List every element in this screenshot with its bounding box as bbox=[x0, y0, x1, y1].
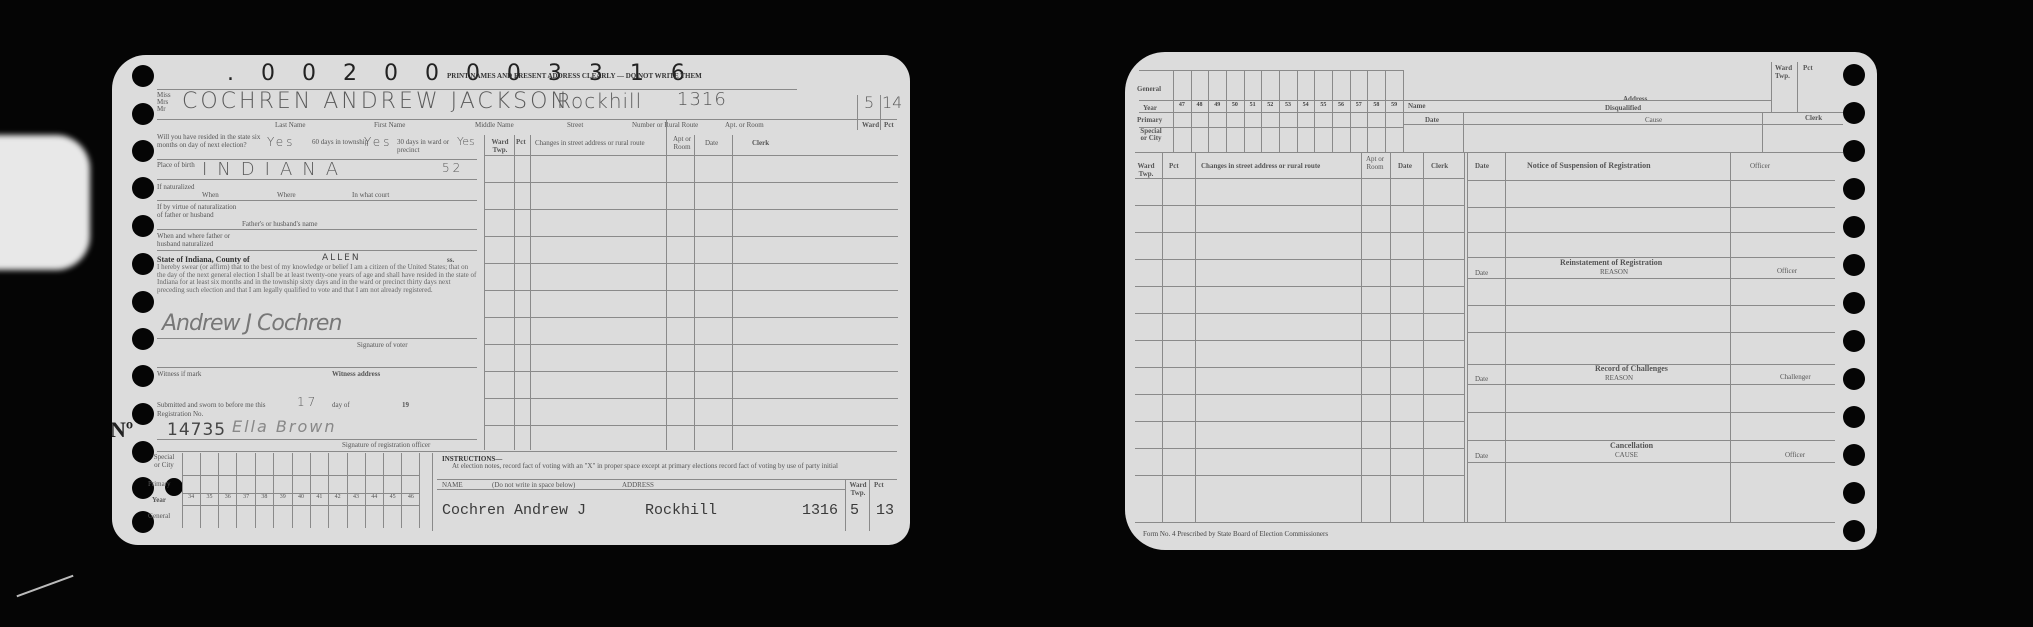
age-value: 52 bbox=[442, 161, 463, 175]
apt-label: Apt. or Room bbox=[725, 121, 764, 129]
reinstatement-title: Reinstatement of Registration bbox=[1560, 259, 1662, 267]
punch-hole bbox=[132, 140, 154, 162]
punch-hole bbox=[132, 365, 154, 387]
pct-handwritten: 14 bbox=[882, 93, 902, 112]
col-pct: Pct bbox=[1169, 162, 1179, 170]
punch-hole bbox=[1843, 520, 1865, 542]
footer-address-label: ADDRESS bbox=[622, 481, 654, 489]
naturalized-label: If naturalized bbox=[157, 183, 195, 191]
cancellation-cause-label: CAUSE bbox=[1615, 451, 1638, 459]
virtue-label: If by virtue of naturalization of father… bbox=[157, 203, 237, 219]
cancellation-officer-label: Officer bbox=[1785, 451, 1805, 459]
challenges-reason-label: REASON bbox=[1605, 374, 1633, 382]
where-label: Where bbox=[277, 191, 296, 199]
registration-card-front: . 0 0 2 0 0 0 0 3 3 1 6 PRINT NAMES AND … bbox=[112, 55, 910, 545]
street-label: Street bbox=[567, 121, 583, 129]
number-handwritten: 1316 bbox=[677, 89, 727, 110]
witness-address-label: Witness address bbox=[332, 370, 380, 378]
col-ward-twp: Ward Twp. bbox=[488, 138, 512, 154]
grid-label-year: Year bbox=[1143, 104, 1157, 112]
form-note: Form No. 4 Prescribed by State Board of … bbox=[1143, 530, 1328, 538]
punch-hole bbox=[132, 253, 154, 275]
grid-label-general: General bbox=[148, 512, 170, 520]
voter-signature: Andrew J Cochren bbox=[162, 311, 341, 336]
punch-hole bbox=[1843, 178, 1865, 200]
address-label: Address bbox=[1623, 95, 1647, 103]
punch-hole bbox=[1843, 330, 1865, 352]
col-ward-twp: Ward Twp. bbox=[1135, 162, 1157, 178]
typed-ward: 5 bbox=[850, 502, 859, 519]
typed-number: 1316 bbox=[802, 502, 838, 519]
cancellation-date-label: Date bbox=[1475, 452, 1488, 460]
residency-question: Will you have resided in the state six m… bbox=[157, 133, 262, 149]
name-label: Name bbox=[1408, 102, 1426, 110]
court-label: In what court bbox=[352, 191, 389, 199]
punch-hole bbox=[1843, 292, 1865, 314]
punch-hole bbox=[1843, 482, 1865, 504]
punch-hole bbox=[1843, 406, 1865, 428]
col-clerk: Clerk bbox=[752, 139, 769, 147]
typed-pct: 13 bbox=[876, 502, 894, 519]
grid-label-year: Year bbox=[152, 496, 166, 504]
pct-label: Pct bbox=[884, 121, 894, 129]
punch-hole bbox=[132, 215, 154, 237]
suspension-date-label: Date bbox=[1475, 162, 1489, 170]
punch-hole bbox=[1843, 368, 1865, 390]
township-days-answer: Yes bbox=[364, 135, 392, 149]
registration-number: 14735 bbox=[167, 420, 226, 440]
ward-days-answer: Yes bbox=[457, 135, 475, 148]
ward-label: Ward bbox=[862, 121, 879, 129]
witness-label: Witness if mark bbox=[157, 370, 201, 378]
scanner-artifact bbox=[0, 135, 90, 270]
punch-hole bbox=[132, 103, 154, 125]
officer-signature-label: Signature of registration officer bbox=[342, 441, 430, 449]
father-name-label: Father's or husband's name bbox=[242, 220, 317, 228]
reinstatement-date-label: Date bbox=[1475, 269, 1488, 277]
col-date: Date bbox=[705, 139, 718, 147]
voting-grid-front: 34 35 36 37 38 39 40 41 42 43 44 45 46 bbox=[182, 453, 420, 528]
col-changes: Changes in street address or rural route bbox=[535, 139, 645, 147]
registration-card-back: General Year Primary Special or City 47 … bbox=[1125, 52, 1877, 550]
header-pct-label: Pct bbox=[1803, 64, 1813, 72]
signature-voter-label: Signature of voter bbox=[357, 341, 408, 349]
instructions-text: At election notes, record fact of voting… bbox=[452, 463, 872, 470]
when-where-label: When and where father or husband natural… bbox=[157, 232, 252, 248]
suspension-officer-label: Officer bbox=[1750, 162, 1770, 170]
submitted-day: 17 bbox=[297, 395, 318, 409]
residency-answer: Yes bbox=[267, 135, 295, 149]
punch-hole bbox=[132, 403, 154, 425]
reinstatement-officer-label: Officer bbox=[1777, 267, 1797, 275]
punch-hole bbox=[1843, 254, 1865, 276]
when-label: When bbox=[202, 191, 219, 199]
challenges-title: Record of Challenges bbox=[1595, 365, 1668, 373]
scan-streak bbox=[16, 575, 73, 597]
last-name-label: Last Name bbox=[275, 121, 306, 129]
punch-hole bbox=[1843, 444, 1865, 466]
footer-name-label: NAME bbox=[442, 481, 463, 489]
submitted-label: Submitted and sworn to before me this bbox=[157, 401, 265, 409]
middle-name-label: Middle Name bbox=[475, 121, 514, 129]
challenges-challenger-label: Challenger bbox=[1780, 373, 1811, 381]
footer-pct-label: Pct bbox=[874, 481, 884, 489]
first-name-label: First Name bbox=[374, 121, 405, 129]
punch-hole bbox=[1843, 140, 1865, 162]
col-pct: Pct bbox=[516, 138, 526, 146]
registration-no-label: Registration No. bbox=[157, 410, 203, 418]
col-changes: Changes in street address or rural route bbox=[1201, 162, 1320, 170]
grid-label-general: General bbox=[1137, 85, 1161, 93]
county-value: ALLEN bbox=[322, 253, 361, 263]
typed-street: Rockhill bbox=[645, 502, 717, 519]
oath-text: I hereby swear (or affirm) that to the b… bbox=[157, 264, 477, 294]
grid-label-special: Special or City bbox=[1139, 128, 1163, 142]
voter-name-handwritten: COCHREN ANDREW JACKSON bbox=[182, 89, 570, 114]
header-instruction: PRINT NAMES AND PRESENT ADDRESS CLEARLY … bbox=[447, 72, 702, 80]
disq-cause-label: Cause bbox=[1645, 116, 1662, 124]
grid-label-primary: Primary bbox=[148, 480, 171, 488]
number-symbol: Nº bbox=[112, 417, 133, 443]
ward-handwritten: 5 bbox=[864, 93, 877, 112]
disq-date-label: Date bbox=[1425, 116, 1439, 124]
col-clerk: Clerk bbox=[1431, 162, 1448, 170]
header-ward-label: Ward Twp. bbox=[1775, 64, 1795, 80]
voting-grid-back: 47 48 49 50 51 52 53 54 55 56 57 58 59 bbox=[1173, 70, 1403, 152]
day-of-label: day of bbox=[332, 401, 350, 409]
officer-signature: Ella Brown bbox=[232, 417, 336, 436]
birth-value: INDIANA bbox=[202, 159, 348, 180]
col-apt: Apt or Room bbox=[670, 135, 694, 151]
grid-label-special: Special or City bbox=[150, 453, 178, 469]
disq-clerk-label: Clerk bbox=[1805, 114, 1822, 122]
col-apt: Apt or Room bbox=[1363, 155, 1387, 171]
punch-hole bbox=[132, 65, 154, 87]
birth-label: Place of birth bbox=[157, 161, 197, 169]
title-prefix: MissMrsMr bbox=[157, 92, 171, 113]
footer-do-not-write: (Do not write in space below) bbox=[492, 481, 575, 489]
punch-hole bbox=[132, 328, 154, 350]
disqualified-label: Disqualified bbox=[1605, 104, 1641, 112]
street-handwritten: Rockhill bbox=[557, 89, 642, 113]
typed-name: Cochren Andrew J bbox=[442, 502, 586, 519]
suspension-title: Notice of Suspension of Registration bbox=[1527, 162, 1651, 170]
punch-hole bbox=[132, 177, 154, 199]
reinstatement-reason-label: REASON bbox=[1600, 268, 1628, 276]
punch-hole bbox=[1843, 64, 1865, 86]
col-date: Date bbox=[1398, 162, 1412, 170]
township-days-label: 60 days in township bbox=[312, 138, 372, 146]
grid-label-primary: Primary bbox=[1137, 116, 1162, 124]
punch-hole bbox=[132, 291, 154, 313]
punch-hole bbox=[1843, 216, 1865, 238]
challenges-date-label: Date bbox=[1475, 375, 1488, 383]
year-suffix: 19 bbox=[402, 401, 409, 409]
footer-ward-label: Ward Twp. bbox=[848, 481, 868, 497]
cancellation-title: Cancellation bbox=[1610, 442, 1653, 450]
punch-hole bbox=[1843, 102, 1865, 124]
